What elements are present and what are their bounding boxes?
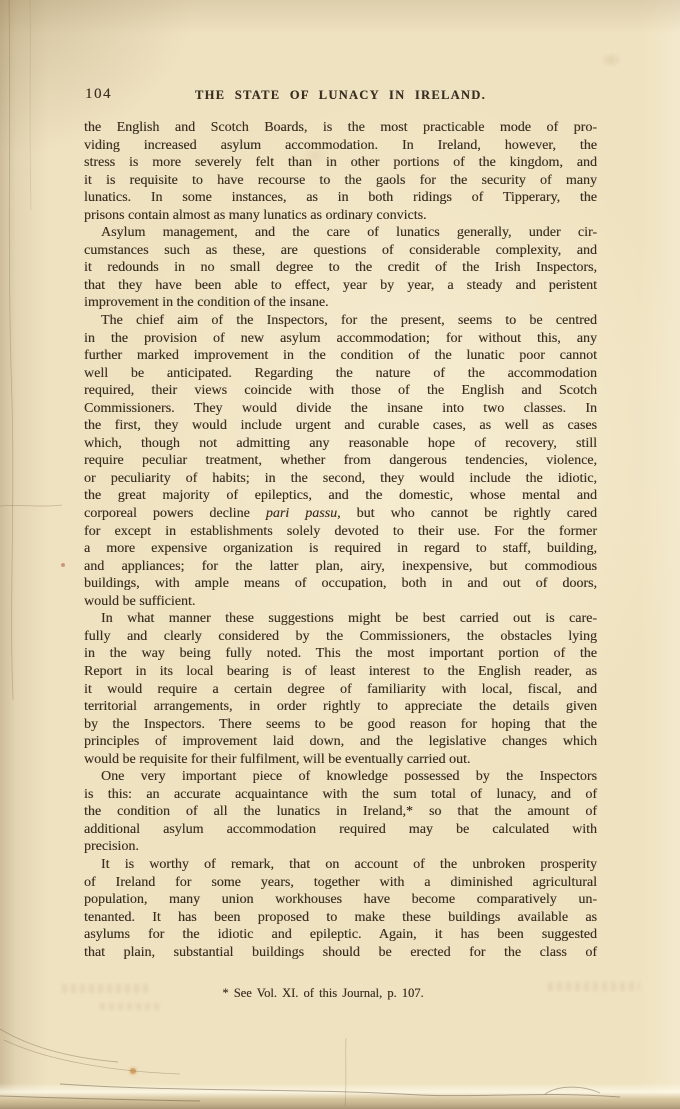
paper-stain — [61, 563, 65, 567]
text-line: or peculiarity of habits; in the second,… — [84, 470, 597, 488]
text-line: that they have been able to effect, year… — [84, 277, 597, 295]
text-line: tenanted. It has been proposed to make t… — [84, 909, 597, 927]
text-line: improvement in the condition of the insa… — [84, 294, 597, 312]
page-bottom-edge — [0, 1083, 680, 1109]
text-line: the great majority of epileptics, and th… — [84, 487, 597, 505]
paragraph: The chief aim of the Inspectors, for the… — [84, 312, 597, 610]
page-header: 104 THE STATE OF LUNACY IN IRELAND. — [84, 86, 597, 106]
footnote: * See Vol. XI. of this Journal, p. 107. — [84, 986, 562, 1001]
text-line: Report in its local bearing is of least … — [84, 663, 597, 681]
text-line: cumstances such as these, are questions … — [84, 242, 597, 260]
page-body: the English and Scotch Boards, is the mo… — [84, 119, 597, 961]
text-line: it is requisite to have recourse to the … — [84, 172, 597, 190]
text-line: population, many union workhouses have b… — [84, 891, 597, 909]
paragraph: Asylum management, and the care of lunat… — [84, 224, 597, 312]
text-line: of Ireland for some years, together with… — [84, 874, 597, 892]
text-line: lunatics. In some instances, as in both … — [84, 189, 597, 207]
paper-stain — [130, 1068, 136, 1074]
text-line: by the Inspectors. There seems to be goo… — [84, 716, 597, 734]
text-line: Asylum management, and the care of lunat… — [84, 224, 597, 242]
text-line: precision. — [84, 838, 597, 856]
text-line: Commissioners. They would divide the ins… — [84, 400, 597, 418]
text-line: for except in establishments solely devo… — [84, 523, 597, 541]
text-line: the English and Scotch Boards, is the mo… — [84, 119, 597, 137]
paper-stain — [600, 52, 622, 68]
running-title: THE STATE OF LUNACY IN IRELAND. — [84, 88, 597, 103]
text-line: fully and clearly considered by the Comm… — [84, 628, 597, 646]
text-line: additional asylum accommodation required… — [84, 821, 597, 839]
text-line: the condition of all the lunatics in Ire… — [84, 803, 597, 821]
paragraph: It is worthy of remark, that on account … — [84, 856, 597, 961]
text-line: principles of improvement laid down, and… — [84, 733, 597, 751]
text-line: stress is more severely felt than in oth… — [84, 154, 597, 172]
text-line: buildings, with ample means of occupatio… — [84, 575, 597, 593]
text-line: territorial arrangements, in order right… — [84, 698, 597, 716]
text-line: it would require a certain degree of fam… — [84, 681, 597, 699]
text-line: In what manner these suggestions might b… — [84, 610, 597, 628]
text-line: the first, they would include urgent and… — [84, 417, 597, 435]
text-line: a more expensive organization is require… — [84, 540, 597, 558]
text-line: required, their views coincide with thos… — [84, 382, 597, 400]
text-line: is this: an accurate acquaintance with t… — [84, 786, 597, 804]
text-line: require peculiar treatment, whether from… — [84, 452, 597, 470]
text-line: it redounds in no small degree to the cr… — [84, 259, 597, 277]
text-line: well be anticipated. Regarding the natur… — [84, 365, 597, 383]
text-line: viding increased asylum accommodation. I… — [84, 137, 597, 155]
text-line: that plain, substantial buildings should… — [84, 944, 597, 962]
scanned-book-page: 104 THE STATE OF LUNACY IN IRELAND. the … — [0, 0, 680, 1109]
text-line: asylums for the idiotic and epileptic. A… — [84, 926, 597, 944]
paragraph: One very important piece of knowledge po… — [84, 768, 597, 856]
text-line: in the way being fully noted. This the m… — [84, 645, 597, 663]
text-line: would be requisite for their fulfilment,… — [84, 751, 597, 769]
paragraph: In what manner these suggestions might b… — [84, 610, 597, 768]
paragraph: the English and Scotch Boards, is the mo… — [84, 119, 597, 224]
text-line: It is worthy of remark, that on account … — [84, 856, 597, 874]
text-line: corporeal powers decline pari passu, but… — [84, 505, 597, 523]
text-line: prisons contain almost as many lunatics … — [84, 207, 597, 225]
text-line: would be sufficient. — [84, 593, 597, 611]
text-line: in the provision of new asylum accommoda… — [84, 330, 597, 348]
text-line: further marked improvement in the condit… — [84, 347, 597, 365]
text-line: One very important piece of knowledge po… — [84, 768, 597, 786]
text-line: which, though not admitting any reasonab… — [84, 435, 597, 453]
ink-bleed-through — [100, 1003, 160, 1010]
text-line: and appliances; for the latter plan, air… — [84, 558, 597, 576]
text-line: The chief aim of the Inspectors, for the… — [84, 312, 597, 330]
